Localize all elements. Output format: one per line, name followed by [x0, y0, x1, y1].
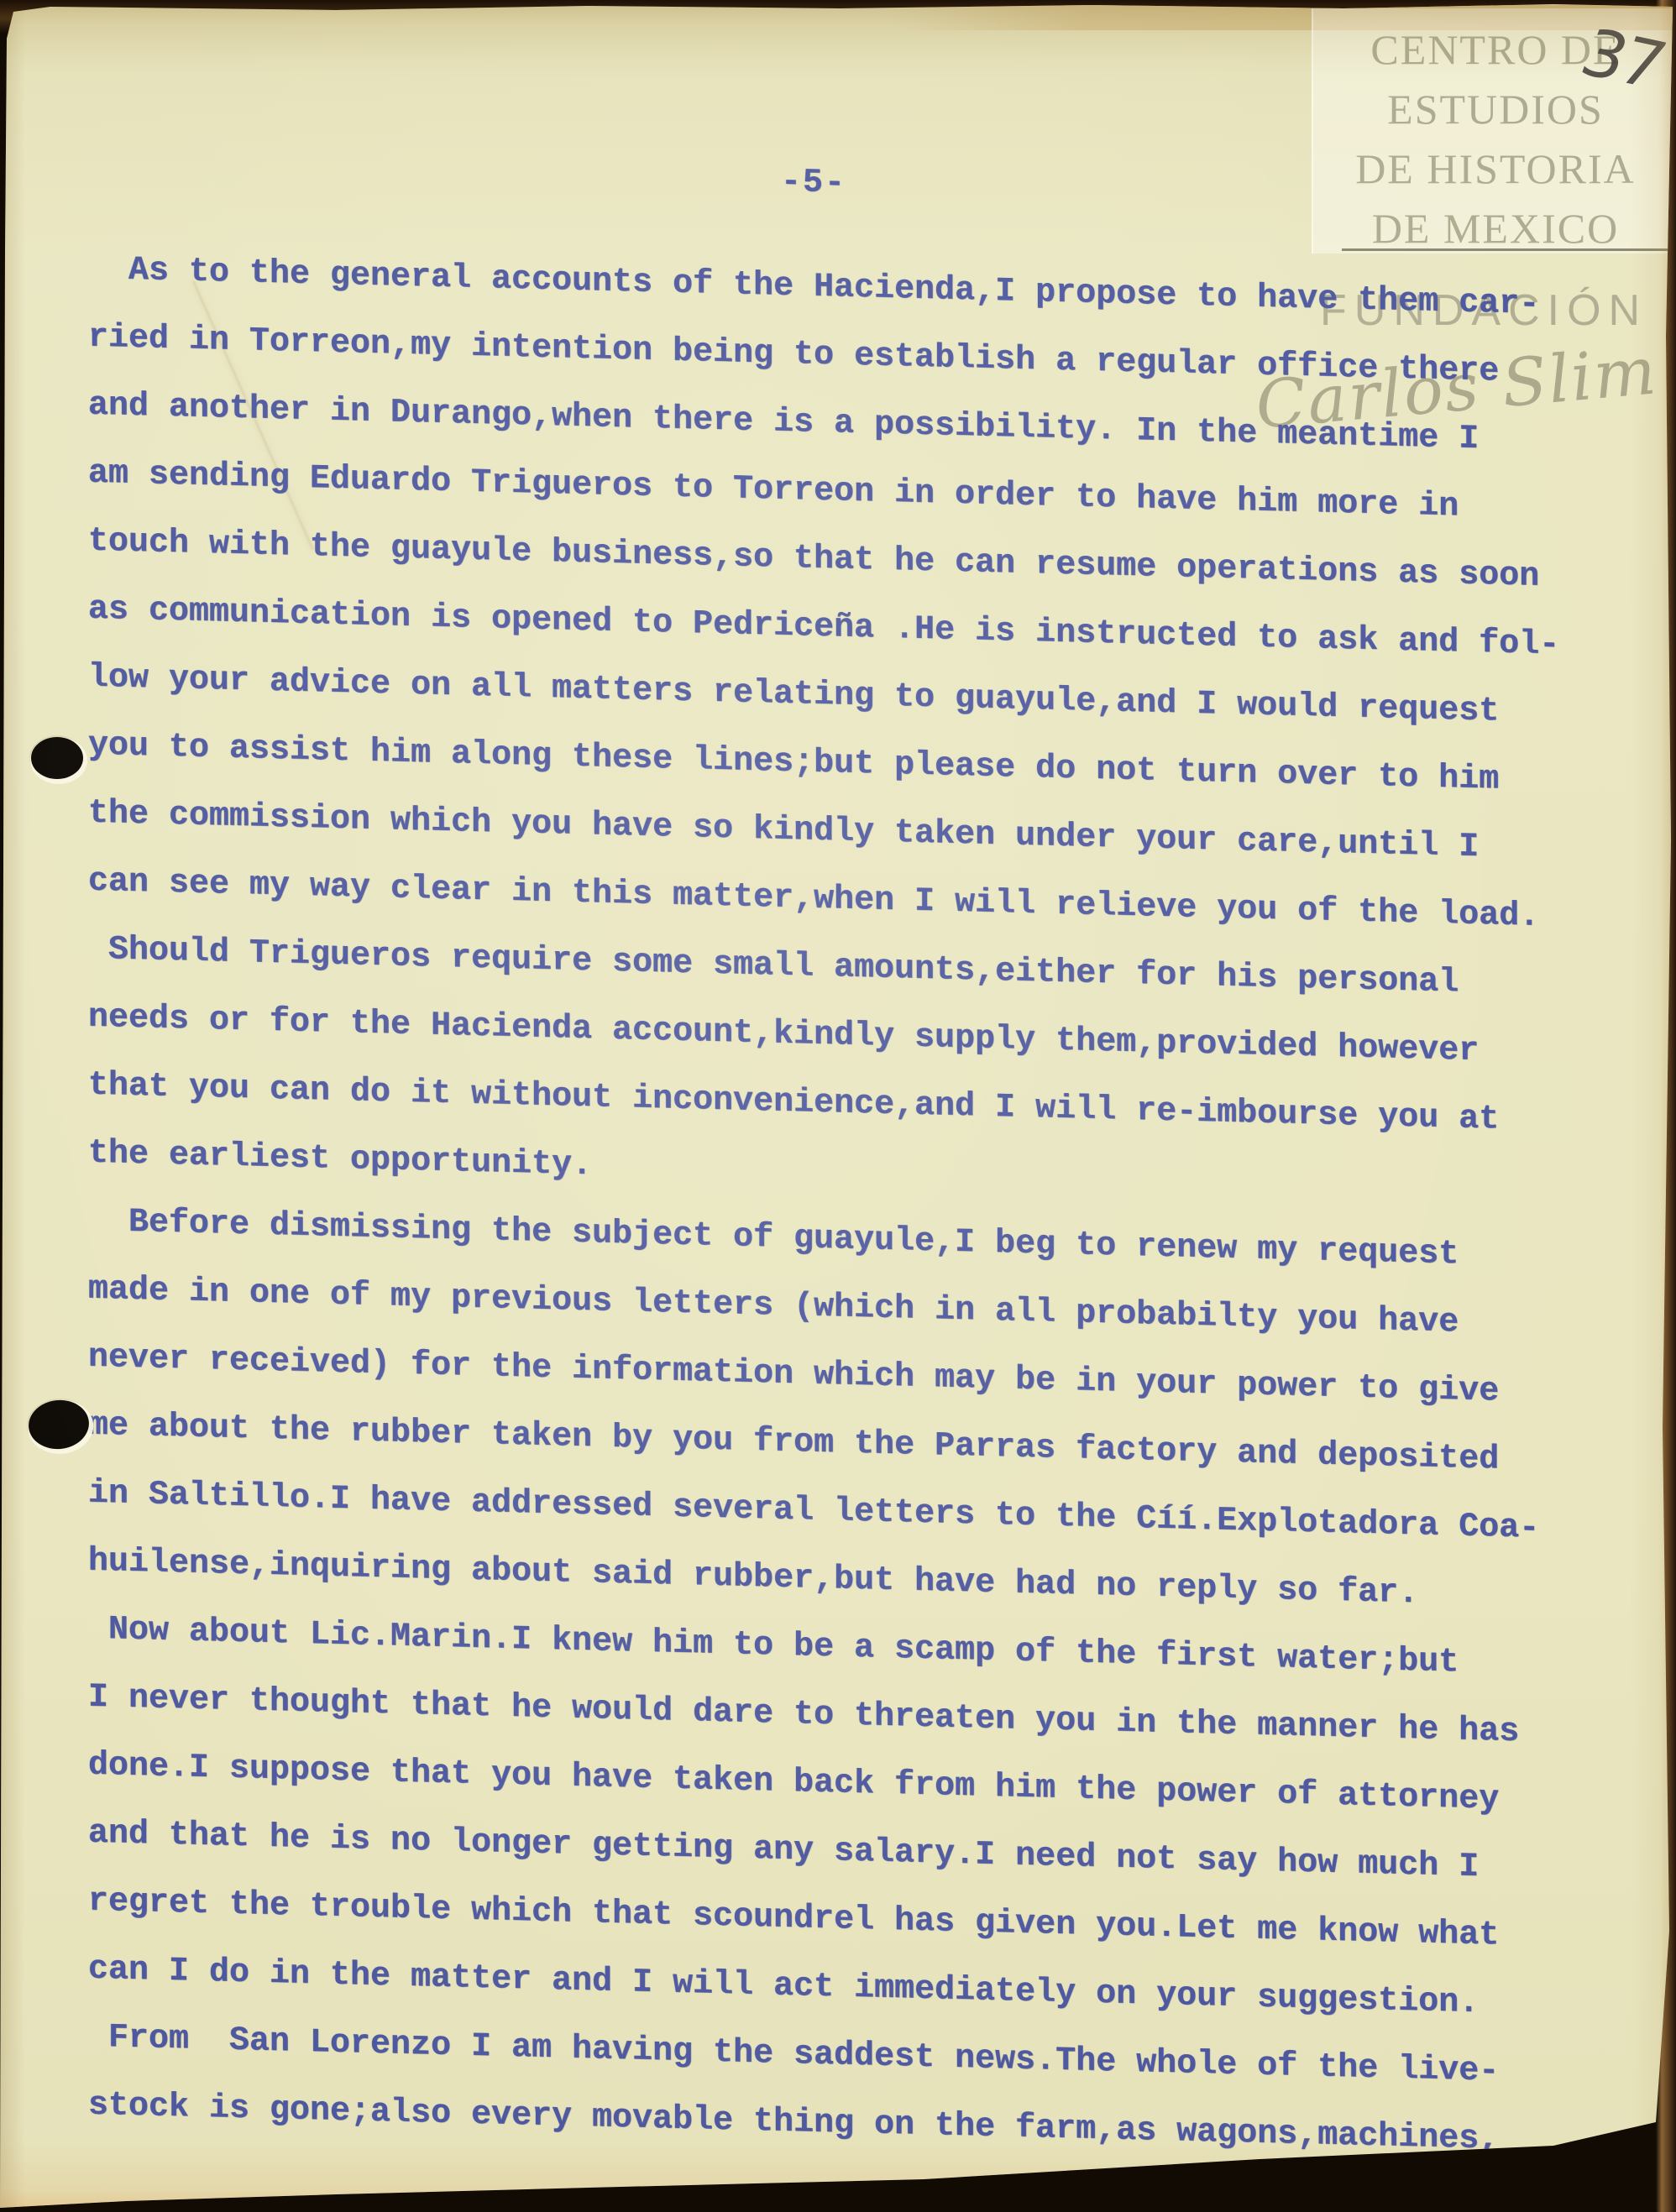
- punch-hole-bottom: [26, 1397, 92, 1451]
- typed-lines: As to the general accounts of the Hacien…: [88, 236, 1559, 2176]
- archive-stamp-rule: [1342, 248, 1671, 251]
- archive-stamp-line: DE HISTORIA: [1313, 139, 1676, 199]
- scanned-letter-screenshot: { "document": { "page_number": "-5-", "p…: [0, 0, 1676, 2212]
- punch-hole-top: [31, 737, 83, 779]
- letter-page: CENTRO DEESTUDIOSDE HISTORIADE MEXICO FU…: [0, 0, 1676, 2212]
- page-number: -5-: [781, 164, 846, 203]
